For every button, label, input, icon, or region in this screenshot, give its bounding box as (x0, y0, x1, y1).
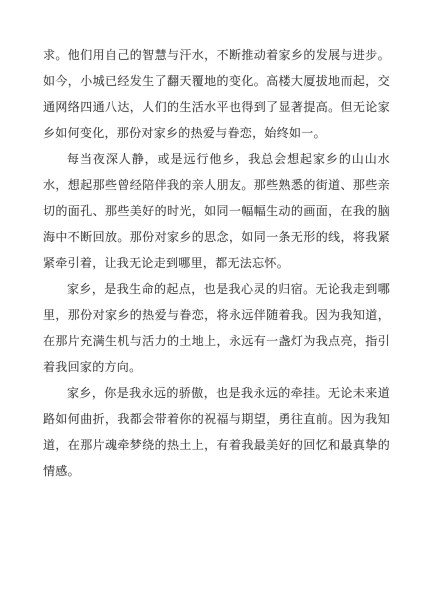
essay-text-block: 求。他们用自己的智慧与汗水，不断推动着家乡的发展与进步。如今，小城已经发生了翻天… (43, 42, 390, 484)
paragraph-3: 家乡，是我生命的起点，也是我心灵的归宿。无论我走到哪里，那份对家乡的热爱与眷恋，… (43, 276, 390, 380)
paragraph-4: 家乡，你是我永远的骄傲，也是我永远的牵挂。无论未来道路如何曲折，我都会带着你的祝… (43, 380, 390, 484)
paragraph-2: 每当夜深人静，或是远行他乡，我总会想起家乡的山山水水，想起那些曾经陪伴我的亲人朋… (43, 146, 390, 276)
document-page: 求。他们用自己的智慧与汗水，不断推动着家乡的发展与进步。如今，小城已经发生了翻天… (0, 0, 431, 600)
paragraph-continuation: 求。他们用自己的智慧与汗水，不断推动着家乡的发展与进步。如今，小城已经发生了翻天… (43, 42, 390, 146)
